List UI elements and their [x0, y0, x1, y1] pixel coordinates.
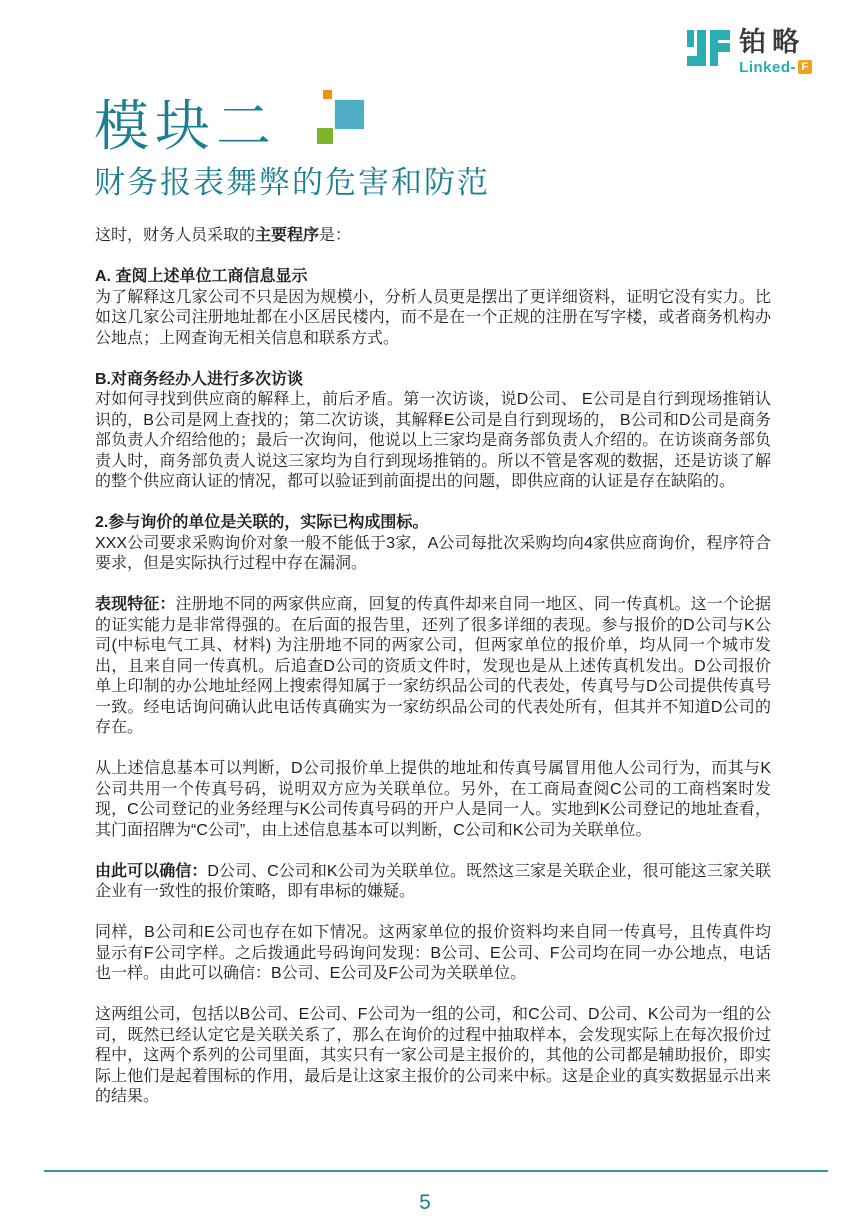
- module-title: 模块二: [94, 96, 277, 157]
- document-page: 铂略 Linked- F 模块二 财务报表舞弊的危害和防范 这时，财务人员采取的…: [0, 0, 850, 1228]
- deco-square-green: [317, 128, 333, 144]
- intro-pre: 这时，财务人员采取的: [95, 227, 255, 244]
- deco-square-teal: [335, 100, 364, 129]
- section-b-heading: B.对商务经办人进行多次访谈: [95, 370, 771, 391]
- features-lead: 表现特征：: [95, 596, 175, 613]
- judgment-paragraph: 从上述信息基本可以判断，D公司报价单上提供的地址和传真号属冒用他人公司行为，而其…: [95, 759, 771, 841]
- intro-paragraph: 这时，财务人员采取的主要程序是：: [95, 226, 771, 247]
- brand-name-en-text: Linked-: [739, 59, 796, 76]
- conclusion1-lead: 由此可以确信：: [95, 863, 207, 880]
- linked-f-logo-icon: [685, 28, 731, 70]
- groups-paragraph: 这两组公司，包括以B公司、E公司、F公司为一组的公司，和C公司、D公司、K公司为…: [95, 1005, 771, 1108]
- brand-f-badge: F: [798, 60, 812, 74]
- section-a-heading: A. 查阅上述单位工商信息显示: [95, 267, 771, 288]
- section-a-body: 为了解释这几家公司不只是因为规模小，分析人员更是摆出了更详细资料，证明它没有实力…: [95, 288, 771, 350]
- deco-square-orange: [323, 90, 332, 99]
- features-paragraph: 表现特征：注册地不同的两家供应商，回复的传真件却来自同一地区、同一传真机。这一个…: [95, 595, 771, 739]
- page-number: 5: [0, 1191, 850, 1215]
- brand-name-en: Linked- F: [739, 59, 812, 76]
- module-subtitle: 财务报表舞弊的危害和防范: [94, 157, 490, 202]
- brand-text: 铂略 Linked- F: [739, 28, 812, 76]
- footer-divider: [44, 1170, 828, 1172]
- intro-bold: 主要程序: [255, 227, 319, 244]
- section-b-body: 对如何寻找到供应商的解释上，前后矛盾。第一次访谈，说D公司、 E公司是自行到现场…: [95, 390, 771, 493]
- document-body: 这时，财务人员采取的主要程序是： A. 查阅上述单位工商信息显示 为了解释这几家…: [95, 226, 771, 1128]
- brand-logo: 铂略 Linked- F: [685, 28, 812, 76]
- features-body: 注册地不同的两家供应商，回复的传真件却来自同一地区、同一传真机。这一个论据的证实…: [95, 596, 771, 736]
- same-case-paragraph: 同样，B公司和E公司也存在如下情况。这两家单位的报价资料均来自同一传真号，且传真…: [95, 923, 771, 985]
- section-2-heading: 2.参与询价的单位是关联的，实际已构成围标。: [95, 513, 771, 534]
- brand-name-cn: 铂略: [739, 28, 812, 58]
- section-2-body: XXX公司要求采购询价对象一般不能低于3家，A公司每批次采购均向4家供应商询价，…: [95, 534, 771, 575]
- conclusion1-paragraph: 由此可以确信：D公司、C公司和K公司为关联单位。既然这三家是关联企业，很可能这三…: [95, 862, 771, 903]
- intro-post: 是：: [319, 227, 351, 244]
